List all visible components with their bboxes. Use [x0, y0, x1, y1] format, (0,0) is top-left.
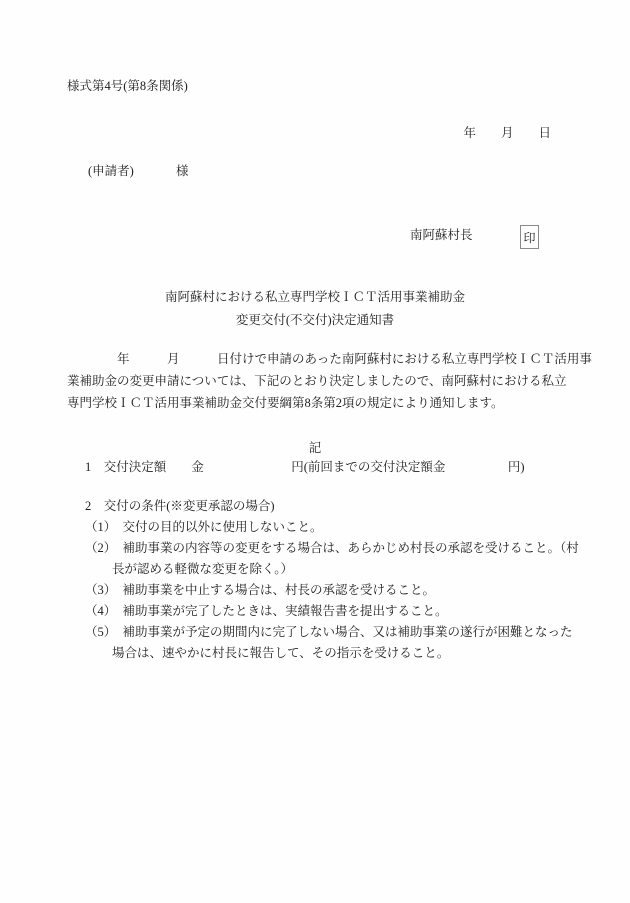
body-paragraph-line3: 専門学校ＩＣＴ活用事業補助金交付要綱第8条第2項の規定により通知します。 [67, 395, 504, 411]
condition-item-5-continuation: 場合は、速やかに村長に報告して、その指示を受けること。 [112, 645, 449, 661]
issuer-title: 南阿蘇村長 [410, 227, 473, 243]
condition-item-4: （4） 補助事業が完了したときは、実績報告書を提出すること。 [85, 603, 448, 619]
condition-item-1: （1） 交付の目的以外に使用しないこと。 [85, 519, 323, 535]
condition-item-5: （5） 補助事業が予定の期間内に完了しない場合、又は補助事業の遂行が困難となった [85, 624, 573, 640]
doc-title-line1: 南阿蘇村における私立専門学校ＩＣＴ活用事業補助金 [0, 289, 630, 305]
seal-stamp-box: 印 [520, 225, 539, 249]
body-paragraph-line1: 年 月 日付けで申請のあった南阿蘇村における私立専門学校ＩＣＴ活用事 [67, 351, 592, 367]
record-marker: 記 [0, 440, 630, 456]
form-number: 様式第4号(第8条関係) [67, 78, 188, 94]
applicant-honorific: 様 [176, 163, 189, 179]
condition-item-2-continuation: 長が認める軽微な変更を除く。） [112, 561, 293, 577]
body-paragraph-line2: 業補助金の変更申請については、下記のとおり決定しましたので、南阿蘇村における私立 [67, 373, 567, 389]
applicant-label: (申請者) [88, 163, 134, 179]
condition-item-2: （2） 補助事業の内容等の変更をする場合は、あらかじめ村長の承認を受けること。（… [85, 540, 579, 556]
date-line: 年 月 日 [463, 125, 551, 141]
document-page: 様式第4号(第8条関係) 年 月 日 (申請者) 様 南阿蘇村長 印 南阿蘇村に… [0, 0, 630, 903]
condition-item-3: （3） 補助事業を中止する場合は、村長の承認を受けること。 [85, 582, 435, 598]
conditions-heading: 2 交付の条件(※変更承認の場合) [85, 498, 275, 514]
grant-amount-line: 1 交付決定額 金 円(前回までの交付決定額金 円) [85, 459, 525, 475]
seal-label: 印 [523, 229, 535, 246]
doc-title-line2: 変更交付(不交付)決定通知書 [0, 312, 630, 328]
